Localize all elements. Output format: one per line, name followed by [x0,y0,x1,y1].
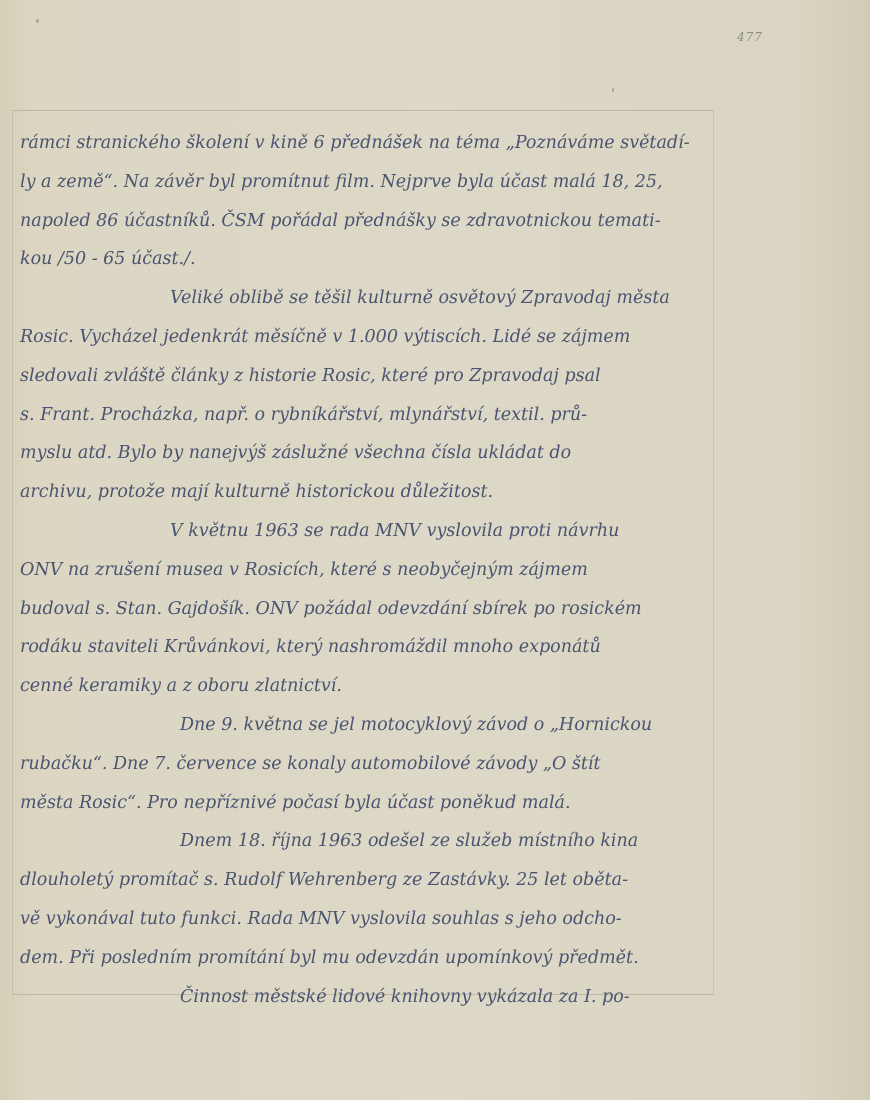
text-line: sledovali zvláště články z historie Rosi… [20,357,710,396]
text-line: budoval s. Stan. Gajdošík. ONV požádal o… [20,590,710,629]
text-line: kou /50 - 65 účast./. [20,240,710,279]
text-line: rodáku staviteli Krůvánkovi, který nashr… [20,628,710,667]
paragraph-start-line: V květnu 1963 se rada MNV vyslovila prot… [20,512,710,551]
page-number: 477 [737,30,763,44]
text-line: Rosic. Vycházel jedenkrát měsíčně v 1.00… [20,318,710,357]
text-line: archivu, protože mají kulturně historick… [20,473,710,512]
text-line: dem. Při posledním promítání byl mu odev… [20,939,710,978]
paragraph-start-line: Dnem 18. října 1963 odešel ze služeb mís… [20,822,710,861]
text-line: ly a země“. Na závěr byl promítnut film.… [20,163,710,202]
text-line: dlouholetý promítač s. Rudolf Wehrenberg… [20,861,710,900]
text-line: města Rosic“. Pro nepříznivé počasí byla… [20,784,710,823]
handwritten-text: rámci stranického školení v kině 6 předn… [20,124,710,1016]
text-line: rubačku“. Dne 7. července se konaly auto… [20,745,710,784]
text-line: myslu atd. Bylo by nanejvýš záslužné vše… [20,434,710,473]
paper-speck [36,19,39,23]
text-line: rámci stranického školení v kině 6 předn… [20,124,710,163]
paper-speck [612,88,614,92]
text-line: s. Frant. Procházka, např. o rybníkářstv… [20,396,710,435]
text-line: cenné keramiky a z oboru zlatnictví. [20,667,710,706]
text-line: vě vykonával tuto funkci. Rada MNV vyslo… [20,900,710,939]
text-line: napoled 86 účastníků. ČSM pořádal předná… [20,202,710,241]
text-line: ONV na zrušení musea v Rosicích, které s… [20,551,710,590]
paragraph-start-line: Dne 9. května se jel motocyklový závod o… [20,706,710,745]
paragraph-start-line: Veliké oblibě se těšil kulturně osvětový… [20,279,710,318]
paragraph-start-line: Činnost městské lidové knihovny vykázala… [20,978,710,1017]
